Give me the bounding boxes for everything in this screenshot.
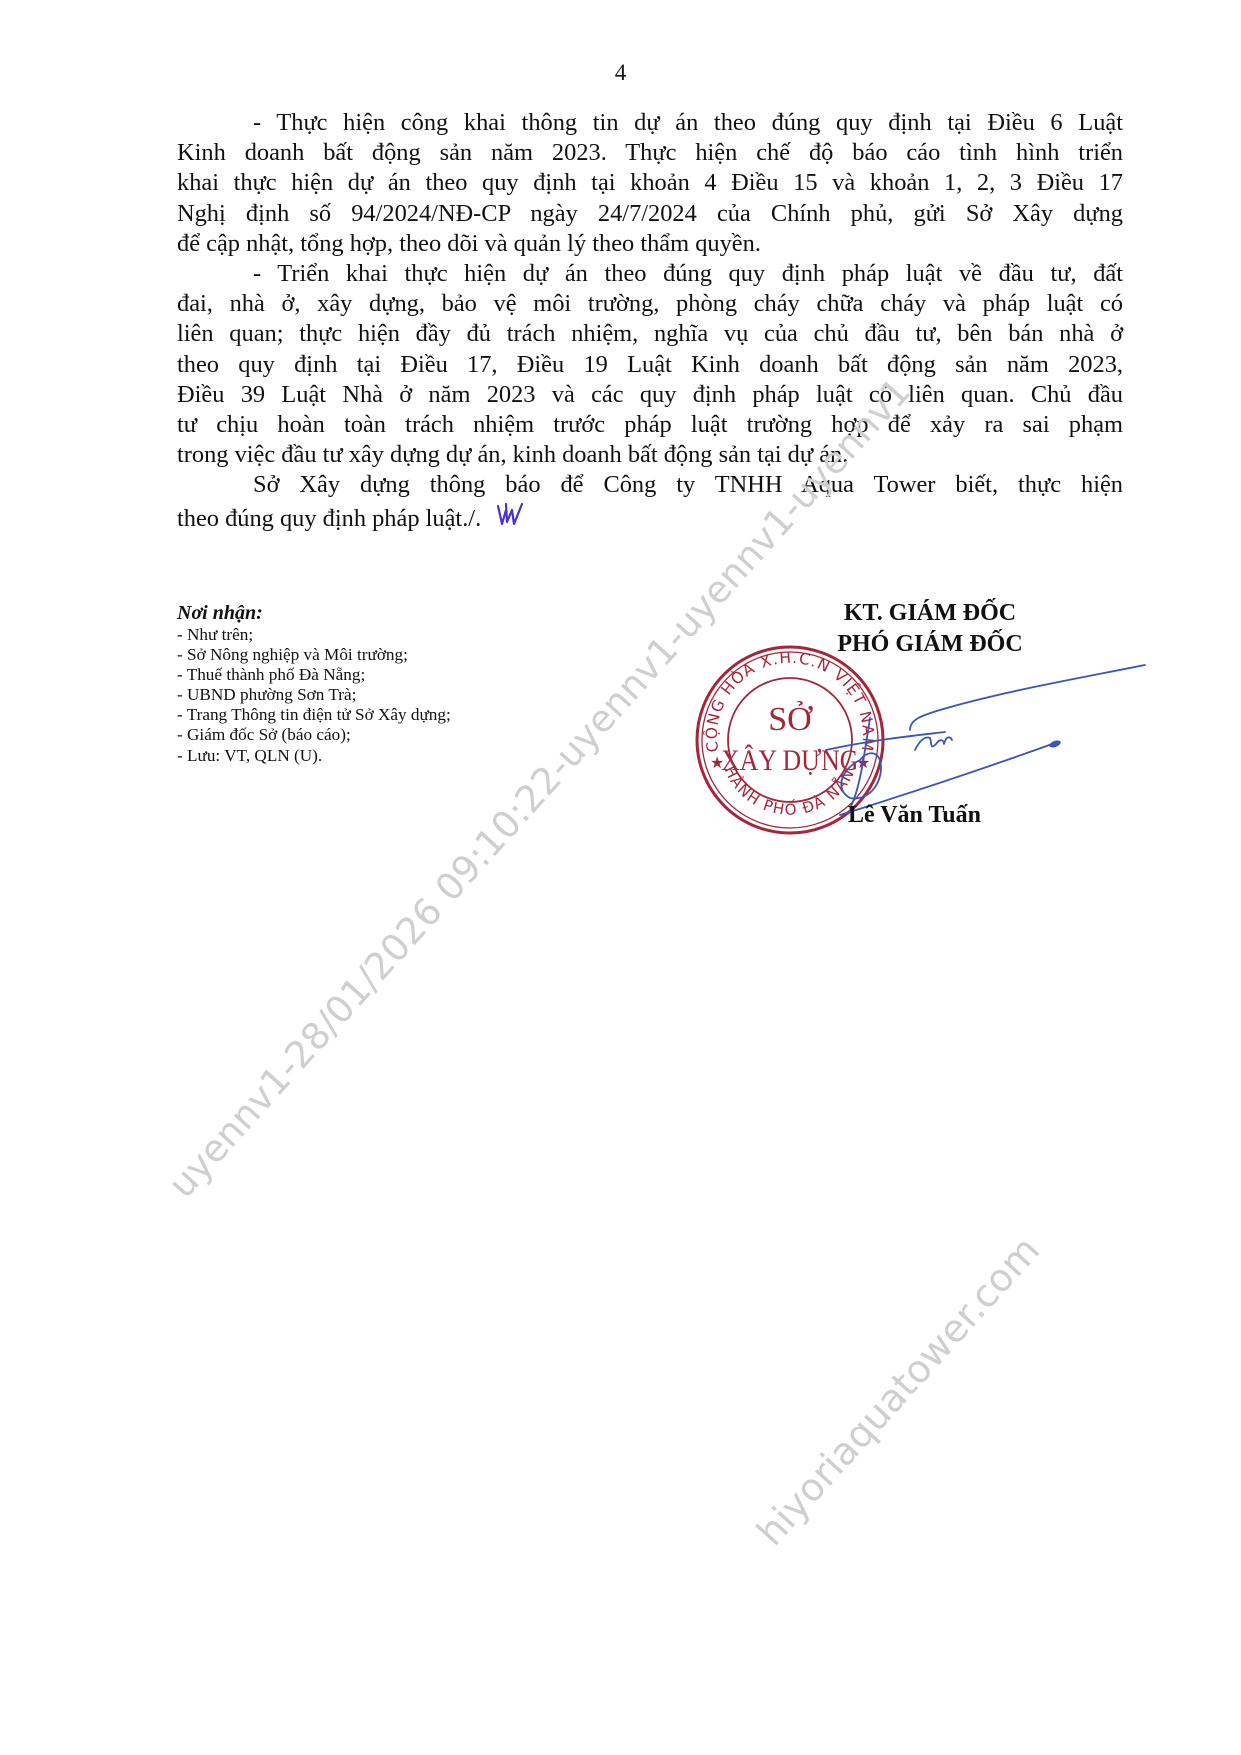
signer-name: Lê Văn Tuấn — [848, 800, 981, 830]
text-line: Nghị định số 94/2024/NĐ-CP ngày 24/7/202… — [177, 199, 1123, 229]
text-line: trong việc đầu tư xây dựng dự án, kinh d… — [177, 440, 1123, 470]
text-line: khai thực hiện dự án theo quy định tại k… — [177, 168, 1123, 198]
recipients-title: Nơi nhận: — [177, 601, 657, 625]
text-line: Kinh doanh bất động sản năm 2023. Thực h… — [177, 138, 1123, 168]
text-line: theo quy định tại Điều 17, Điều 19 Luật … — [177, 350, 1123, 380]
paragraph-disclosure: - Thực hiện công khai thông tin dự án th… — [177, 108, 1123, 259]
text-line: - Thực hiện công khai thông tin dự án th… — [177, 108, 1123, 138]
document-page: 4 - Thực hiện công khai thông tin dự án … — [0, 0, 1241, 1755]
recipient-item: - Thuế thành phố Đà Nẵng; — [177, 665, 657, 685]
document-body: - Thực hiện công khai thông tin dự án th… — [177, 108, 1123, 531]
recipient-item: - Sở Nông nghiệp và Môi trường; — [177, 645, 657, 665]
recipients-section: Nơi nhận: - Như trên; - Sở Nông nghiệp v… — [177, 601, 657, 766]
recipient-item: - UBND phường Sơn Trà; — [177, 685, 657, 705]
text-line: Điều 39 Luật Nhà ở năm 2023 và các quy đ… — [177, 380, 1123, 410]
text-line: liên quan; thực hiện đầy đủ trách nhiệm,… — [177, 319, 1123, 349]
page-number: 4 — [0, 58, 1241, 88]
paragraph-implementation: - Triển khai thực hiện dự án theo đúng q… — [177, 259, 1123, 470]
handwritten-signature-icon — [780, 640, 1160, 820]
text-line: để cập nhật, tổng hợp, theo dõi và quản … — [177, 229, 1123, 259]
recipient-item: - Như trên; — [177, 625, 657, 645]
text-line: - Triển khai thực hiện dự án theo đúng q… — [177, 259, 1123, 289]
signature-title-line-1: KT. GIÁM ĐỐC — [760, 598, 1100, 629]
recipient-item: - Trang Thông tin điện tử Sở Xây dựng; — [177, 705, 657, 725]
initials-mark-icon — [495, 500, 525, 530]
watermark-website: hiyoriaquatower.com — [748, 1228, 1048, 1554]
paragraph-closing: Sở Xây dựng thông báo để Công ty TNHH Aq… — [177, 470, 1123, 530]
recipients-list: - Như trên; - Sở Nông nghiệp và Môi trườ… — [177, 625, 657, 766]
closing-text: theo đúng quy định pháp luật./. — [177, 505, 481, 532]
text-line: đai, nhà ở, xây dựng, bảo vệ môi trường,… — [177, 289, 1123, 319]
text-line: Sở Xây dựng thông báo để Công ty TNHH Aq… — [177, 470, 1123, 500]
text-line: tư chịu hoàn toàn trách nhiệm trước pháp… — [177, 410, 1123, 440]
recipient-item: - Lưu: VT, QLN (U). — [177, 746, 657, 766]
recipient-item: - Giám đốc Sở (báo cáo); — [177, 725, 657, 745]
text-line-final: theo đúng quy định pháp luật./. — [177, 500, 1123, 530]
